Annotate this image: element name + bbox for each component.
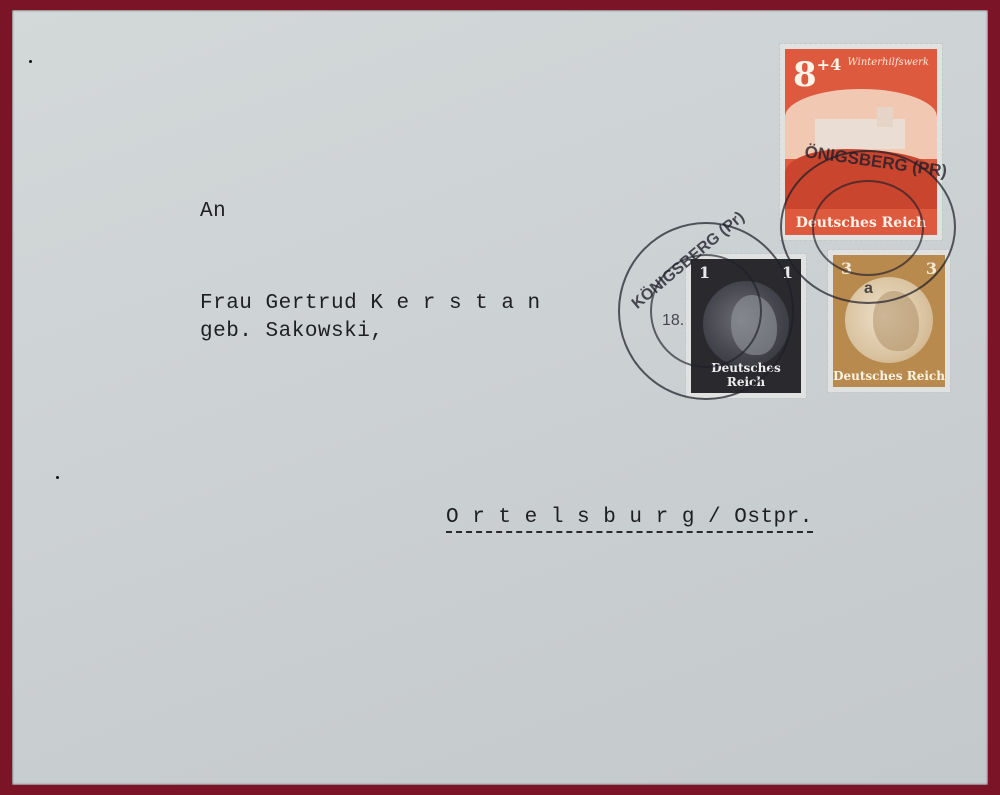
stamp-series-label: Winterhilfswerk <box>848 57 929 68</box>
stamp-denomination: 8+4 <box>793 55 841 95</box>
postmark-code: a <box>864 280 873 298</box>
destination-address: O r t e l s b u r g / Ostpr. <box>446 506 813 533</box>
recipient-name: Frau Gertrud K e r s t a n <box>200 292 541 315</box>
salutation: An <box>200 200 226 223</box>
recipient-maiden-name: geb. Sakowski, <box>200 320 383 343</box>
castle-tower-illustration <box>877 107 893 127</box>
postmark-date: 18. <box>662 312 684 330</box>
stamp-country-label: Deutsches Reich <box>833 369 945 383</box>
postmark-upper-inner-ring <box>812 180 924 276</box>
ink-speck <box>56 476 59 479</box>
ink-speck <box>29 60 32 63</box>
